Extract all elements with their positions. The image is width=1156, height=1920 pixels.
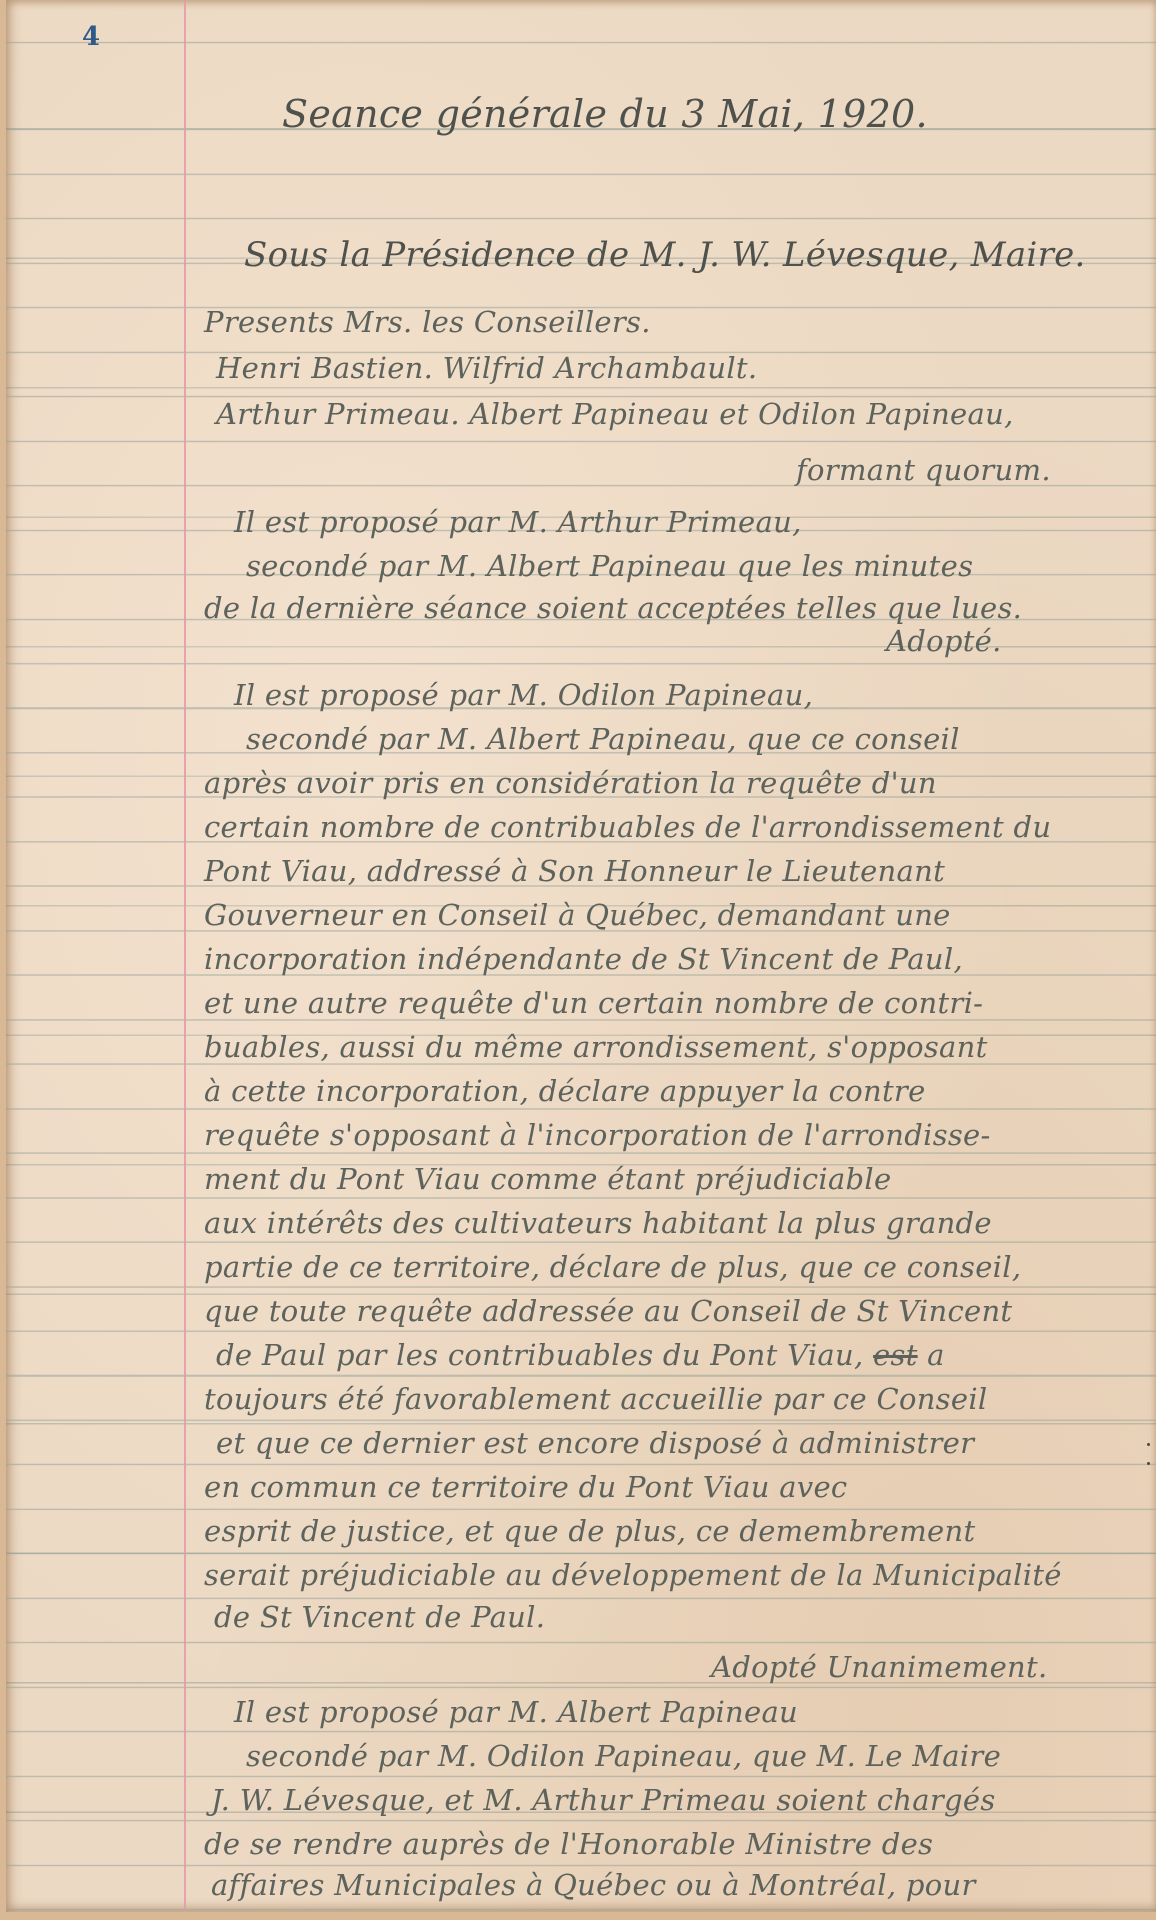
motion2-line: que toute requête addressée au Conseil d… [204,1294,1012,1328]
motion2-line: partie de ce territoire, déclare de plus… [204,1250,1021,1284]
motion1-line-2: secondé par M. Albert Papineau que les m… [246,549,973,583]
motion2-line: après avoir pris en considération la req… [204,766,937,800]
motion1-line-1: Il est proposé par M. Arthur Primeau, [234,505,802,539]
motion2-line: en commun ce territoire du Pont Viau ave… [204,1470,847,1504]
motion2-line-with-correction: de Paul par les contribuables du Pont Vi… [216,1338,945,1372]
motion2-line: Gouverneur en Conseil à Québec, demandan… [204,898,951,932]
inserted-word: a [927,1338,945,1372]
motion2-line: esprit de justice, et que de plus, ce de… [204,1514,975,1548]
motion2-line: buables, aussi du même arrondissement, s… [204,1030,988,1064]
motion2-line: certain nombre de contribuables de l'arr… [204,810,1051,844]
motion2-line: aux intérêts des cultivateurs habitant l… [204,1206,992,1240]
attendance-quorum: formant quorum. [796,453,1051,487]
motion2-line: et une autre requête d'un certain nombre… [204,986,983,1020]
ink-speck [1147,1462,1150,1465]
motion3-line: affaires Municipales à Québec ou à Montr… [211,1868,976,1902]
motion2-line: de St Vincent de Paul. [214,1600,545,1634]
motion3-line: de se rendre auprès de l'Honorable Minis… [204,1827,933,1861]
motion2-line: incorporation indépendante de St Vincent… [204,942,963,976]
motion1-result: Adopté. [886,624,1002,658]
motion2-line: toujours été favorablement accueillie pa… [204,1382,987,1416]
motion2-line-text: de Paul par les contribuables du Pont Vi… [216,1338,864,1372]
attendance-line-1: Henri Bastien. Wilfrid Archambault. [216,351,757,385]
motion2-line: requête s'opposant à l'incorporation de … [204,1118,991,1152]
presidency-line: Sous la Présidence de M. J. W. Lévesque,… [244,235,1086,275]
motion1-line-3: de la dernière séance soient acceptées t… [204,591,1022,625]
motion2-line: ment du Pont Viau comme étant préjudicia… [204,1162,891,1196]
motion2-line: serait préjudiciable au développement de… [204,1558,1062,1592]
motion2-result: Adopté Unanimement. [711,1650,1048,1684]
ink-speck [1147,1443,1150,1446]
meeting-title: Seance générale du 3 Mai, 1920. [282,92,928,136]
motion2-line: Il est proposé par M. Odilon Papineau, [234,678,813,712]
motion3-line: J. W. Lévesque, et M. Arthur Primeau soi… [211,1783,996,1817]
motion2-line: secondé par M. Albert Papineau, que ce c… [246,722,960,756]
attendance-intro: Presents Mrs. les Conseillers. [204,305,651,339]
motion3-line: Il est proposé par M. Albert Papineau [234,1695,798,1729]
motion2-line: Pont Viau, addressé à Son Honneur le Lie… [204,854,945,888]
motion2-line: à cette incorporation, déclare appuyer l… [204,1074,926,1108]
struck-word: est [873,1338,918,1372]
motion2-line: et que ce dernier est encore disposé à a… [216,1426,974,1460]
margin-line [184,0,186,1912]
attendance-line-2: Arthur Primeau. Albert Papineau et Odilo… [216,397,1014,431]
page-number: 4 [82,22,100,52]
ledger-page: 4 Seance générale du 3 Mai, 1920. Sous l… [6,0,1156,1912]
motion3-line: secondé par M. Odilon Papineau, que M. L… [246,1739,1001,1773]
